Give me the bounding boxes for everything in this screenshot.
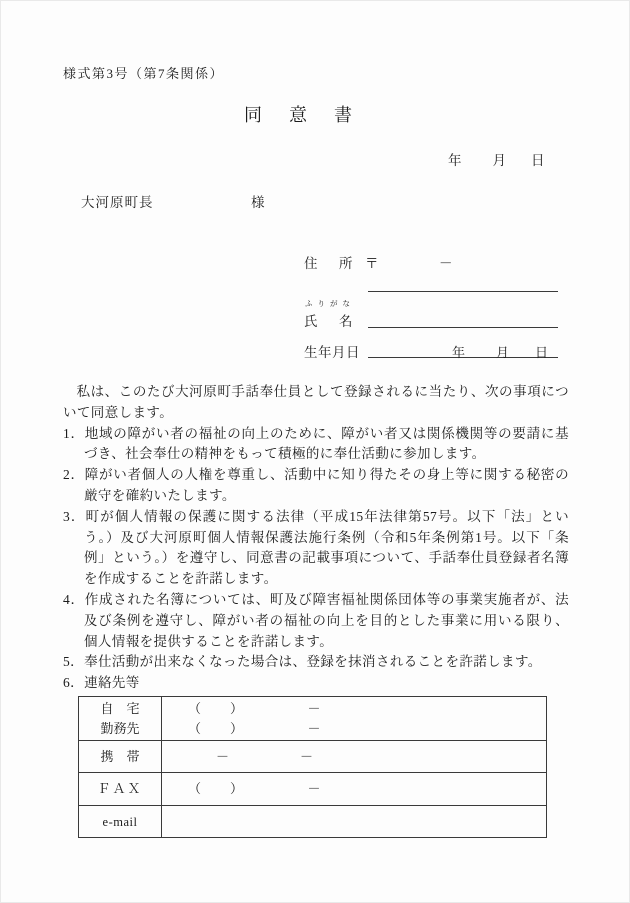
birthdate-label: 生年月日 xyxy=(304,341,360,361)
date-month-label: 月 xyxy=(493,149,507,169)
date-year-label: 年 xyxy=(448,149,462,169)
fax-label: ＦＡＸ xyxy=(97,779,142,799)
item-text: 連絡先等 xyxy=(84,675,140,690)
mobile-label: 携 帯 xyxy=(100,747,139,767)
item-text: 障がい者個人の人権を尊重し、活動中に知り得たその身上等に関する秘密の厳守を確約い… xyxy=(84,467,569,503)
table-row-home-work: 自 宅 勤務先 （ ） － （ ） － xyxy=(79,697,546,740)
row-label: ＦＡＸ xyxy=(79,773,162,805)
row-value: － － xyxy=(162,741,546,772)
item-number: 3． xyxy=(63,509,86,524)
consent-form-page: 様式第3号（第7条関係） 同意書 年 月 日 大河原町長 様 住 所 〒 － ふ… xyxy=(0,0,630,903)
date-day-label: 日 xyxy=(531,149,545,169)
item-number: 1． xyxy=(63,426,85,441)
form-number: 様式第3号（第7条関係） xyxy=(63,63,224,82)
consent-item-6: 6．連絡先等 xyxy=(63,673,569,694)
address-fill-line xyxy=(368,291,558,292)
addressee: 大河原町長 xyxy=(81,191,154,211)
mobile-phone-blank: － － xyxy=(188,747,546,767)
consent-item-5: 5．奉仕活動が出来なくなった場合は、登録を抹消されることを許諾します。 xyxy=(63,652,569,673)
row-label: e-mail xyxy=(79,806,162,837)
row-label: 自 宅 勤務先 xyxy=(79,697,162,740)
home-phone-blank: （ ） － xyxy=(188,699,546,719)
consent-item-3: 3．町が個人情報の保護に関する法律（平成15年法律第57号。以下「法」という。）… xyxy=(63,507,569,590)
row-value: （ ） － （ ） － xyxy=(162,697,546,740)
name-label: 氏 名 xyxy=(304,310,357,330)
table-row-fax: ＦＡＸ （ ） － xyxy=(79,772,546,805)
home-label: 自 宅 xyxy=(100,699,139,719)
birth-year-label: 年 xyxy=(452,342,465,361)
consent-item-2: 2．障がい者個人の人権を尊重し、活動中に知り得たその身上等に関する秘密の厳守を確… xyxy=(63,465,569,507)
postal-code-dash: － xyxy=(439,252,453,272)
contact-table: 自 宅 勤務先 （ ） － （ ） － 携 帯 － － ＦＡＸ （ ） xyxy=(78,696,547,838)
table-row-email: e-mail xyxy=(79,805,546,837)
date-line: 年 月 日 xyxy=(448,149,545,169)
consent-item-4: 4．作成された名簿については、町及び障害福祉関係団体等の事業実施者が、法及び条例… xyxy=(63,590,569,652)
email-label: e-mail xyxy=(103,812,138,832)
item-number: 4． xyxy=(63,592,85,607)
postal-mark: 〒 xyxy=(365,252,379,272)
item-text: 地域の障がい者の福祉の向上のために、障がい者又は関係機関等の要請に基づき、社会奉… xyxy=(84,426,569,462)
workplace-phone-blank: （ ） － xyxy=(188,719,546,739)
consent-body: 私は、このたび大河原町手話奉仕員として登録されるに当たり、次の事項について同意し… xyxy=(63,382,569,694)
furigana-label: ふりがな xyxy=(305,298,355,309)
page-title: 同意書 xyxy=(244,101,379,127)
item-number: 6． xyxy=(63,675,84,690)
address-label: 住 所 xyxy=(304,252,357,272)
consent-item-1: 1．地域の障がい者の福祉の向上のために、障がい者又は関係機関等の要請に基づき、社… xyxy=(63,424,569,466)
honorific-label: 様 xyxy=(251,191,265,211)
birth-month-label: 月 xyxy=(496,342,509,361)
name-fill-line xyxy=(368,327,558,328)
row-value xyxy=(162,806,546,837)
item-text: 奉仕活動が出来なくなった場合は、登録を抹消されることを許諾します。 xyxy=(84,654,542,669)
consent-intro: 私は、このたび大河原町手話奉仕員として登録されるに当たり、次の事項について同意し… xyxy=(63,382,569,424)
item-text: 作成された名簿については、町及び障害福祉関係団体等の事業実施者が、法及び条例を遵… xyxy=(84,592,569,649)
row-label: 携 帯 xyxy=(79,741,162,772)
fax-number-blank: （ ） － xyxy=(188,779,546,799)
table-row-mobile: 携 帯 － － xyxy=(79,740,546,772)
item-text: 町が個人情報の保護に関する法律（平成15年法律第57号。以下「法」という。）及び… xyxy=(84,509,569,586)
item-number: 2． xyxy=(63,467,85,482)
birth-day-label: 日 xyxy=(535,342,548,361)
row-value: （ ） － xyxy=(162,773,546,805)
item-number: 5． xyxy=(63,654,84,669)
workplace-label: 勤務先 xyxy=(100,719,139,739)
